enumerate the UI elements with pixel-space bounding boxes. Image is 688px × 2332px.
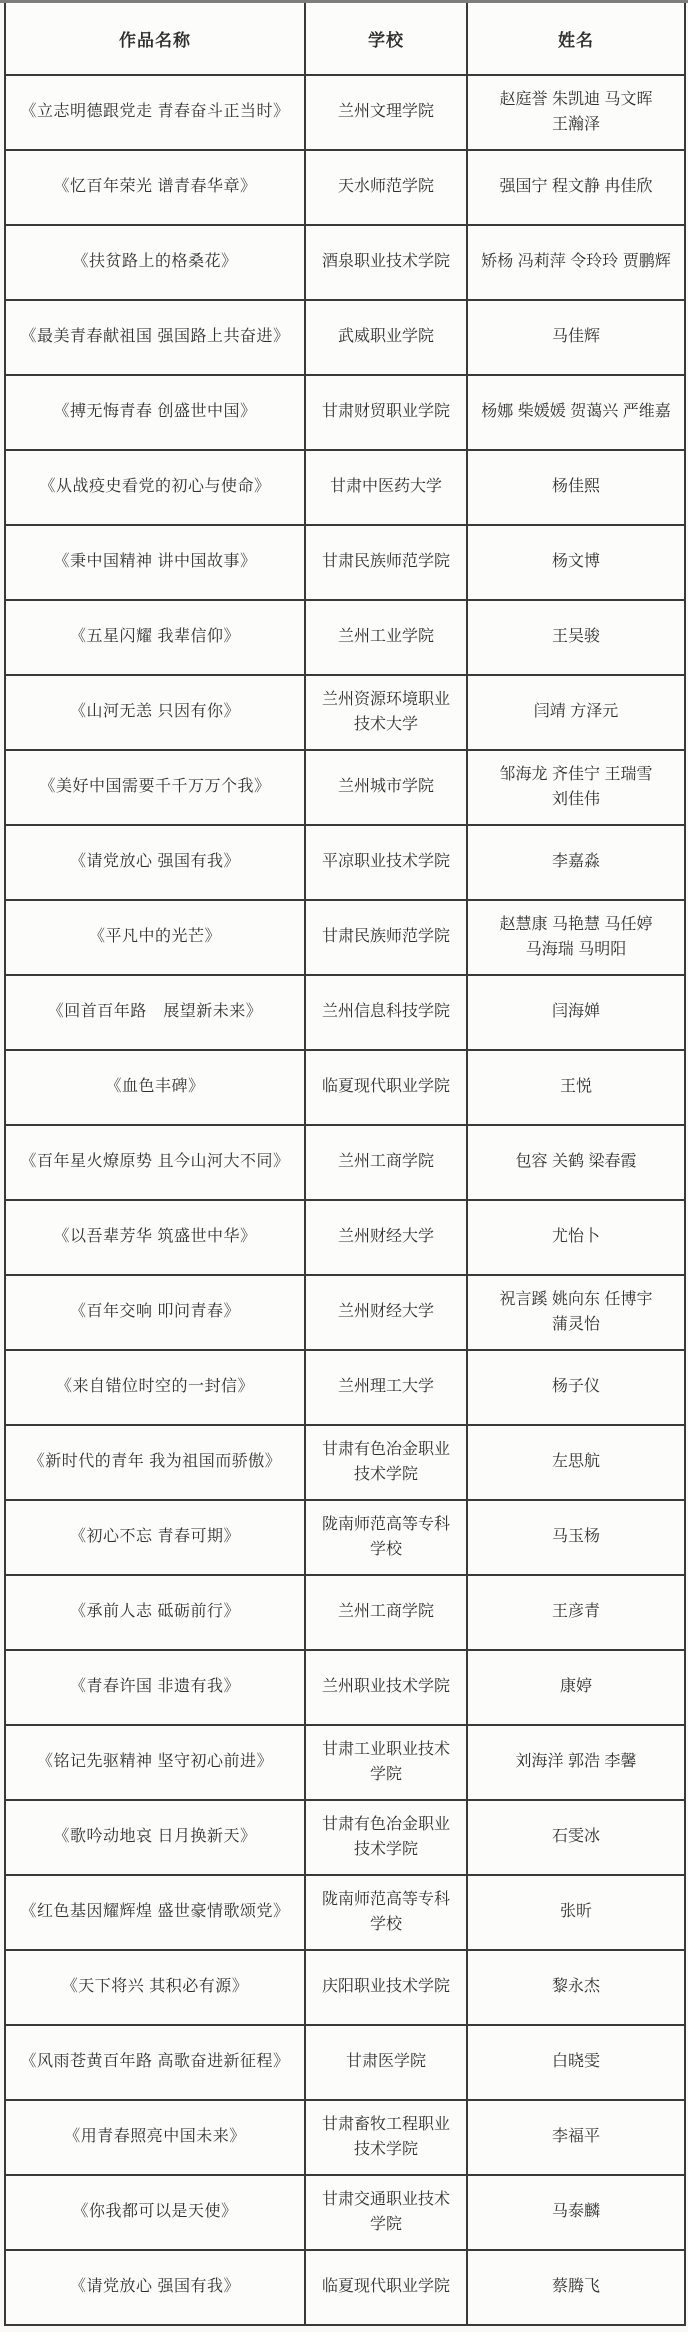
work-title-cell: 《百年星火燎原势 且今山河大不同》: [5, 1125, 305, 1200]
person-name: 马明阳: [578, 941, 626, 958]
column-header-school: 学校: [305, 3, 467, 75]
person-name: 姚向东: [552, 1291, 600, 1308]
person-name: 黎永杰: [552, 1978, 600, 1995]
person-name: 关鹤: [552, 1153, 584, 1170]
person-name: 刘海洋: [516, 1753, 564, 1770]
work-title-cell: 《用青春照亮中国未来》: [5, 2100, 305, 2175]
names-cell: 祝言蹊 姚向东 任博宇 蒲灵怡: [467, 1275, 685, 1350]
names-cell: 李嘉淼: [467, 825, 685, 900]
work-title-cell: 《平凡中的光芒》: [5, 900, 305, 975]
person-name: 马泰麟: [552, 2203, 600, 2220]
school-cell: 甘肃中医药大学: [305, 450, 467, 525]
table-row: 《用青春照亮中国未来》甘肃畜牧工程职业技术学院李福平: [5, 2100, 685, 2175]
person-name: 尤怡卜: [552, 1228, 600, 1245]
work-title-cell: 《风雨苍黄百年路 高歌奋进新征程》: [5, 2025, 305, 2100]
school-cell: 甘肃医学院: [305, 2025, 467, 2100]
work-title-cell: 《以吾辈芳华 筑盛世中华》: [5, 1200, 305, 1275]
person-name: 马艳慧: [552, 916, 600, 933]
work-title-cell: 《歌吟动地哀 日月换新天》: [5, 1800, 305, 1875]
work-title-cell: 《新时代的青年 我为祖国而骄傲》: [5, 1425, 305, 1500]
names-cell: 马玉杨: [467, 1500, 685, 1575]
column-header-work-title: 作品名称: [5, 3, 305, 75]
school-cell: 甘肃工业职业技术学院: [305, 1725, 467, 1800]
names-cell: 刘海洋 郭浩 李馨: [467, 1725, 685, 1800]
table-row: 《秉中国精神 讲中国故事》甘肃民族师范学院杨文博: [5, 525, 685, 600]
table-row: 《请党放心 强国有我》临夏现代职业学院蔡腾飞: [5, 2250, 685, 2325]
table-row: 《你我都可以是天使》甘肃交通职业技术学院马泰麟: [5, 2175, 685, 2250]
person-name: 蔡腾飞: [552, 2278, 600, 2295]
school-cell: 兰州理工大学: [305, 1350, 467, 1425]
person-name: 康婷: [560, 1678, 592, 1695]
table-body: 《立志明德跟党走 青春奋斗正当时》兰州文理学院赵庭誉 朱凯迪 马文晖 王瀚泽《忆…: [5, 75, 685, 2325]
table-row: 《最美青春献祖国 强国路上共奋进》武威职业学院马佳辉: [5, 300, 685, 375]
person-name: 白晓雯: [552, 2053, 600, 2070]
table-row: 《来自错位时空的一封信》兰州理工大学杨子仪: [5, 1350, 685, 1425]
person-name: 马玉杨: [552, 1528, 600, 1545]
names-cell: 杨文博: [467, 525, 685, 600]
school-cell: 平凉职业技术学院: [305, 825, 467, 900]
column-header-name: 姓名: [467, 3, 685, 75]
header-row: 作品名称 学校 姓名: [5, 3, 685, 75]
person-name: 冯莉萍: [518, 253, 566, 270]
work-title-cell: 《山河无恙 只因有你》: [5, 675, 305, 750]
table-row: 《忆百年荣光 谱青春华章》天水师范学院强国宁 程文静 冉佳欣: [5, 150, 685, 225]
table-row: 《风雨苍黄百年路 高歌奋进新征程》甘肃医学院白晓雯: [5, 2025, 685, 2100]
school-cell: 兰州职业技术学院: [305, 1650, 467, 1725]
school-cell: 兰州工商学院: [305, 1575, 467, 1650]
school-cell: 兰州工业学院: [305, 600, 467, 675]
names-cell: 强国宁 程文静 冉佳欣: [467, 150, 685, 225]
school-cell: 甘肃民族师范学院: [305, 900, 467, 975]
names-cell: 张昕: [467, 1875, 685, 1950]
work-title-cell: 《来自错位时空的一封信》: [5, 1350, 305, 1425]
work-title-cell: 《五星闪耀 我辈信仰》: [5, 600, 305, 675]
work-title-cell: 《请党放心 强国有我》: [5, 825, 305, 900]
table-row: 《青春许国 非遗有我》兰州职业技术学院康婷: [5, 1650, 685, 1725]
work-title-cell: 《立志明德跟党走 青春奋斗正当时》: [5, 75, 305, 150]
names-cell: 赵庭誉 朱凯迪 马文晖 王瀚泽: [467, 75, 685, 150]
work-title-cell: 《百年交响 叩问青春》: [5, 1275, 305, 1350]
person-name: 王瑞雪: [604, 766, 652, 783]
person-name: 赵庭誉: [500, 91, 548, 108]
school-cell: 临夏现代职业学院: [305, 1050, 467, 1125]
school-cell: 甘肃民族师范学院: [305, 525, 467, 600]
person-name: 梁春霞: [588, 1153, 636, 1170]
work-title-cell: 《从战疫史看党的初心与使命》: [5, 450, 305, 525]
work-title-cell: 《铭记先驱精神 坚守初心前进》: [5, 1725, 305, 1800]
person-name: 令玲玲: [570, 253, 618, 270]
person-name: 强国宁: [500, 178, 548, 195]
school-cell: 甘肃有色冶金职业技术学院: [305, 1425, 467, 1500]
person-name: 李福平: [552, 2128, 600, 2145]
table-row: 《回首百年路 展望新未来》兰州信息科技学院闫海婵: [5, 975, 685, 1050]
table-row: 《扶贫路上的格桑花》酒泉职业技术学院矫杨 冯莉萍 令玲玲 贾鹏辉: [5, 225, 685, 300]
table-wrapper: 作品名称 学校 姓名 《立志明德跟党走 青春奋斗正当时》兰州文理学院赵庭誉 朱凯…: [0, 3, 688, 2326]
names-cell: 王吴骏: [467, 600, 685, 675]
table-row: 《天下将兴 其积必有源》庆阳职业技术学院黎永杰: [5, 1950, 685, 2025]
person-name: 王吴骏: [552, 628, 600, 645]
person-name: 王瀚泽: [552, 116, 600, 133]
school-cell: 兰州文理学院: [305, 75, 467, 150]
work-title-cell: 《回首百年路 展望新未来》: [5, 975, 305, 1050]
names-cell: 白晓雯: [467, 2025, 685, 2100]
table-header: 作品名称 学校 姓名: [5, 3, 685, 75]
school-cell: 甘肃畜牧工程职业技术学院: [305, 2100, 467, 2175]
person-name: 朱凯迪: [552, 91, 600, 108]
person-name: 蒲灵怡: [552, 1316, 600, 1333]
names-cell: 王悦: [467, 1050, 685, 1125]
person-name: 严维嘉: [623, 403, 671, 420]
person-name: 杨佳熙: [552, 478, 600, 495]
person-name: 任博宇: [604, 1291, 652, 1308]
person-name: 马海瑞: [526, 941, 574, 958]
table-row: 《红色基因耀辉煌 盛世豪情歌颂党》陇南师范高等专科学校张昕: [5, 1875, 685, 1950]
school-cell: 天水师范学院: [305, 150, 467, 225]
table-row: 《百年星火燎原势 且今山河大不同》兰州工商学院包容 关鹤 梁春霞: [5, 1125, 685, 1200]
person-name: 左思航: [552, 1453, 600, 1470]
school-cell: 兰州财经大学: [305, 1275, 467, 1350]
work-title-cell: 《青春许国 非遗有我》: [5, 1650, 305, 1725]
person-name: 闫海婵: [552, 1003, 600, 1020]
person-name: 祝言蹊: [500, 1291, 548, 1308]
person-name: 王彦青: [552, 1603, 600, 1620]
person-name: 郭浩: [568, 1753, 600, 1770]
table-row: 《以吾辈芳华 筑盛世中华》兰州财经大学尤怡卜: [5, 1200, 685, 1275]
work-title-cell: 《最美青春献祖国 强国路上共奋进》: [5, 300, 305, 375]
work-title-cell: 《红色基因耀辉煌 盛世豪情歌颂党》: [5, 1875, 305, 1950]
person-name: 赵慧康: [500, 916, 548, 933]
person-name: 刘佳伟: [552, 791, 600, 808]
work-title-cell: 《美好中国需要千千万万个我》: [5, 750, 305, 825]
table-row: 《初心不忘 青春可期》陇南师范高等专科学校马玉杨: [5, 1500, 685, 1575]
work-title-cell: 《搏无悔青春 创盛世中国》: [5, 375, 305, 450]
names-cell: 尤怡卜: [467, 1200, 685, 1275]
school-cell: 甘肃有色冶金职业技术学院: [305, 1800, 467, 1875]
work-title-cell: 《秉中国精神 讲中国故事》: [5, 525, 305, 600]
table-row: 《血色丰碑》临夏现代职业学院王悦: [5, 1050, 685, 1125]
table-row: 《从战疫史看党的初心与使命》甘肃中医药大学杨佳熙: [5, 450, 685, 525]
person-name: 张昕: [560, 1903, 592, 1920]
work-title-cell: 《血色丰碑》: [5, 1050, 305, 1125]
school-cell: 兰州信息科技学院: [305, 975, 467, 1050]
person-name: 邹海龙: [500, 766, 548, 783]
school-cell: 兰州工商学院: [305, 1125, 467, 1200]
person-name: 石雯冰: [552, 1828, 600, 1845]
person-name: 矫杨: [481, 253, 513, 270]
table-row: 《立志明德跟党走 青春奋斗正当时》兰州文理学院赵庭誉 朱凯迪 马文晖 王瀚泽: [5, 75, 685, 150]
person-name: 李馨: [604, 1753, 636, 1770]
table-row: 《新时代的青年 我为祖国而骄傲》甘肃有色冶金职业技术学院左思航: [5, 1425, 685, 1500]
work-title-cell: 《承前人志 砥砺前行》: [5, 1575, 305, 1650]
names-cell: 马泰麟: [467, 2175, 685, 2250]
person-name: 马任婷: [604, 916, 652, 933]
work-title-cell: 《请党放心 强国有我》: [5, 2250, 305, 2325]
person-name: 贾鹏辉: [623, 253, 671, 270]
school-cell: 甘肃交通职业技术学院: [305, 2175, 467, 2250]
work-title-cell: 《初心不忘 青春可期》: [5, 1500, 305, 1575]
names-cell: 杨佳熙: [467, 450, 685, 525]
person-name: 王悦: [560, 1078, 592, 1095]
table-row: 《请党放心 强国有我》平凉职业技术学院李嘉淼: [5, 825, 685, 900]
names-cell: 闫海婵: [467, 975, 685, 1050]
table-row: 《五星闪耀 我辈信仰》兰州工业学院王吴骏: [5, 600, 685, 675]
person-name: 杨娜: [481, 403, 513, 420]
person-name: 李嘉淼: [552, 853, 600, 870]
names-cell: 赵慧康 马艳慧 马任婷 马海瑞 马明阳: [467, 900, 685, 975]
person-name: 杨子仪: [552, 1378, 600, 1395]
names-cell: 杨子仪: [467, 1350, 685, 1425]
names-cell: 左思航: [467, 1425, 685, 1500]
table-row: 《歌吟动地哀 日月换新天》甘肃有色冶金职业技术学院石雯冰: [5, 1800, 685, 1875]
person-name: 程文静: [552, 178, 600, 195]
names-cell: 闫靖 方泽元: [467, 675, 685, 750]
school-cell: 武威职业学院: [305, 300, 467, 375]
table-row: 《铭记先驱精神 坚守初心前进》甘肃工业职业技术学院刘海洋 郭浩 李馨: [5, 1725, 685, 1800]
names-cell: 包容 关鹤 梁春霞: [467, 1125, 685, 1200]
person-name: 马佳辉: [552, 328, 600, 345]
names-cell: 蔡腾飞: [467, 2250, 685, 2325]
person-name: 柴媛媛: [518, 403, 566, 420]
person-name: 闫靖: [534, 703, 566, 720]
school-cell: 陇南师范高等专科学校: [305, 1500, 467, 1575]
names-cell: 李福平: [467, 2100, 685, 2175]
school-cell: 兰州资源环境职业技术大学: [305, 675, 467, 750]
table-row: 《百年交响 叩问青春》兰州财经大学祝言蹊 姚向东 任博宇 蒲灵怡: [5, 1275, 685, 1350]
table-row: 《山河无恙 只因有你》兰州资源环境职业技术大学闫靖 方泽元: [5, 675, 685, 750]
school-cell: 兰州城市学院: [305, 750, 467, 825]
names-cell: 马佳辉: [467, 300, 685, 375]
school-cell: 临夏现代职业学院: [305, 2250, 467, 2325]
school-cell: 兰州财经大学: [305, 1200, 467, 1275]
names-cell: 王彦青: [467, 1575, 685, 1650]
school-cell: 陇南师范高等专科学校: [305, 1875, 467, 1950]
table-row: 《搏无悔青春 创盛世中国》甘肃财贸职业学院杨娜 柴媛媛 贺蔼兴 严维嘉: [5, 375, 685, 450]
names-cell: 矫杨 冯莉萍 令玲玲 贾鹏辉: [467, 225, 685, 300]
school-cell: 庆阳职业技术学院: [305, 1950, 467, 2025]
work-title-cell: 《天下将兴 其积必有源》: [5, 1950, 305, 2025]
school-cell: 酒泉职业技术学院: [305, 225, 467, 300]
table-row: 《美好中国需要千千万万个我》兰州城市学院邹海龙 齐佳宁 王瑞雪 刘佳伟: [5, 750, 685, 825]
names-cell: 杨娜 柴媛媛 贺蔼兴 严维嘉: [467, 375, 685, 450]
table-row: 《承前人志 砥砺前行》兰州工商学院王彦青: [5, 1575, 685, 1650]
work-title-cell: 《忆百年荣光 谱青春华章》: [5, 150, 305, 225]
names-cell: 康婷: [467, 1650, 685, 1725]
names-cell: 邹海龙 齐佳宁 王瑞雪 刘佳伟: [467, 750, 685, 825]
person-name: 马文晖: [604, 91, 652, 108]
person-name: 贺蔼兴: [570, 403, 618, 420]
awards-table: 作品名称 学校 姓名 《立志明德跟党走 青春奋斗正当时》兰州文理学院赵庭誉 朱凯…: [4, 3, 686, 2326]
names-cell: 黎永杰: [467, 1950, 685, 2025]
work-title-cell: 《扶贫路上的格桑花》: [5, 225, 305, 300]
names-cell: 石雯冰: [467, 1800, 685, 1875]
person-name: 方泽元: [570, 703, 618, 720]
person-name: 包容: [516, 1153, 548, 1170]
person-name: 齐佳宁: [552, 766, 600, 783]
school-cell: 甘肃财贸职业学院: [305, 375, 467, 450]
person-name: 杨文博: [552, 553, 600, 570]
work-title-cell: 《你我都可以是天使》: [5, 2175, 305, 2250]
table-row: 《平凡中的光芒》甘肃民族师范学院赵慧康 马艳慧 马任婷 马海瑞 马明阳: [5, 900, 685, 975]
person-name: 冉佳欣: [604, 178, 652, 195]
